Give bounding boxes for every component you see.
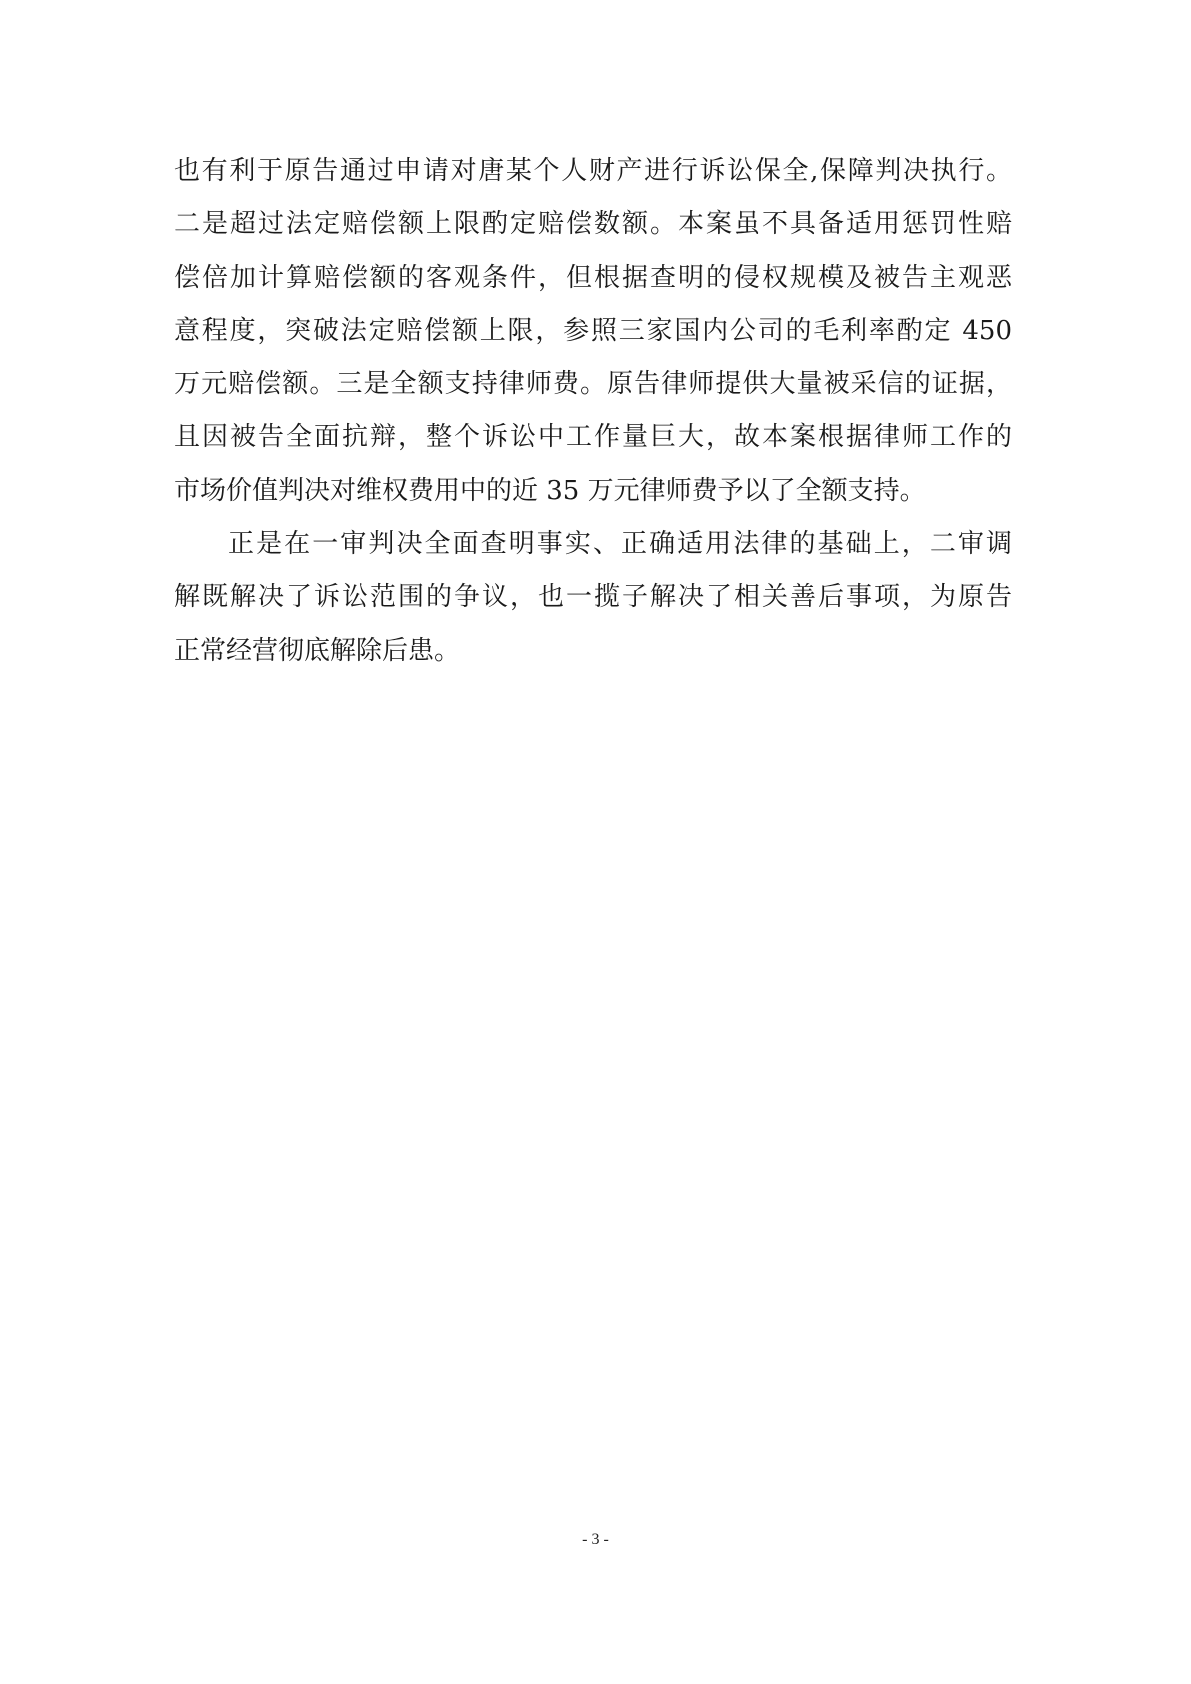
text-line: 且因被告全面抗辩，整个诉讼中工作量巨大，故本案根据律师工作的 xyxy=(174,411,1012,464)
paragraph-1: 也有利于原告通过申请对唐某个人财产进行诉讼保全,保障判决执行。 二是超过法定赔偿… xyxy=(174,145,1012,518)
document-page: 也有利于原告通过申请对唐某个人财产进行诉讼保全,保障判决执行。 二是超过法定赔偿… xyxy=(0,0,1191,1684)
text-line: 也有利于原告通过申请对唐某个人财产进行诉讼保全,保障判决执行。 xyxy=(174,145,1012,198)
text-line: 解既解决了诉讼范围的争议，也一揽子解决了相关善后事项，为原告 xyxy=(174,571,1012,624)
text-line: 二是超过法定赔偿额上限酌定赔偿数额。本案虽不具备适用惩罚性赔 xyxy=(174,198,1012,251)
page-number: - 3 - xyxy=(0,1531,1191,1549)
paragraph-2: 正是在一审判决全面查明事实、正确适用法律的基础上，二审调 解既解决了诉讼范围的争… xyxy=(174,518,1012,678)
text-line: 正是在一审判决全面查明事实、正确适用法律的基础上，二审调 xyxy=(174,518,1012,571)
text-line: 市场价值判决对维权费用中的近 35 万元律师费予以了全额支持。 xyxy=(174,465,1012,518)
body-text: 也有利于原告通过申请对唐某个人财产进行诉讼保全,保障判决执行。 二是超过法定赔偿… xyxy=(174,145,1012,678)
text-line: 正常经营彻底解除后患。 xyxy=(174,625,1012,678)
text-line: 万元赔偿额。三是全额支持律师费。原告律师提供大量被采信的证据， xyxy=(174,358,1012,411)
text-line: 偿倍加计算赔偿额的客观条件，但根据查明的侵权规模及被告主观恶 xyxy=(174,252,1012,305)
text-line: 意程度，突破法定赔偿额上限，参照三家国内公司的毛利率酌定 450 xyxy=(174,305,1012,358)
